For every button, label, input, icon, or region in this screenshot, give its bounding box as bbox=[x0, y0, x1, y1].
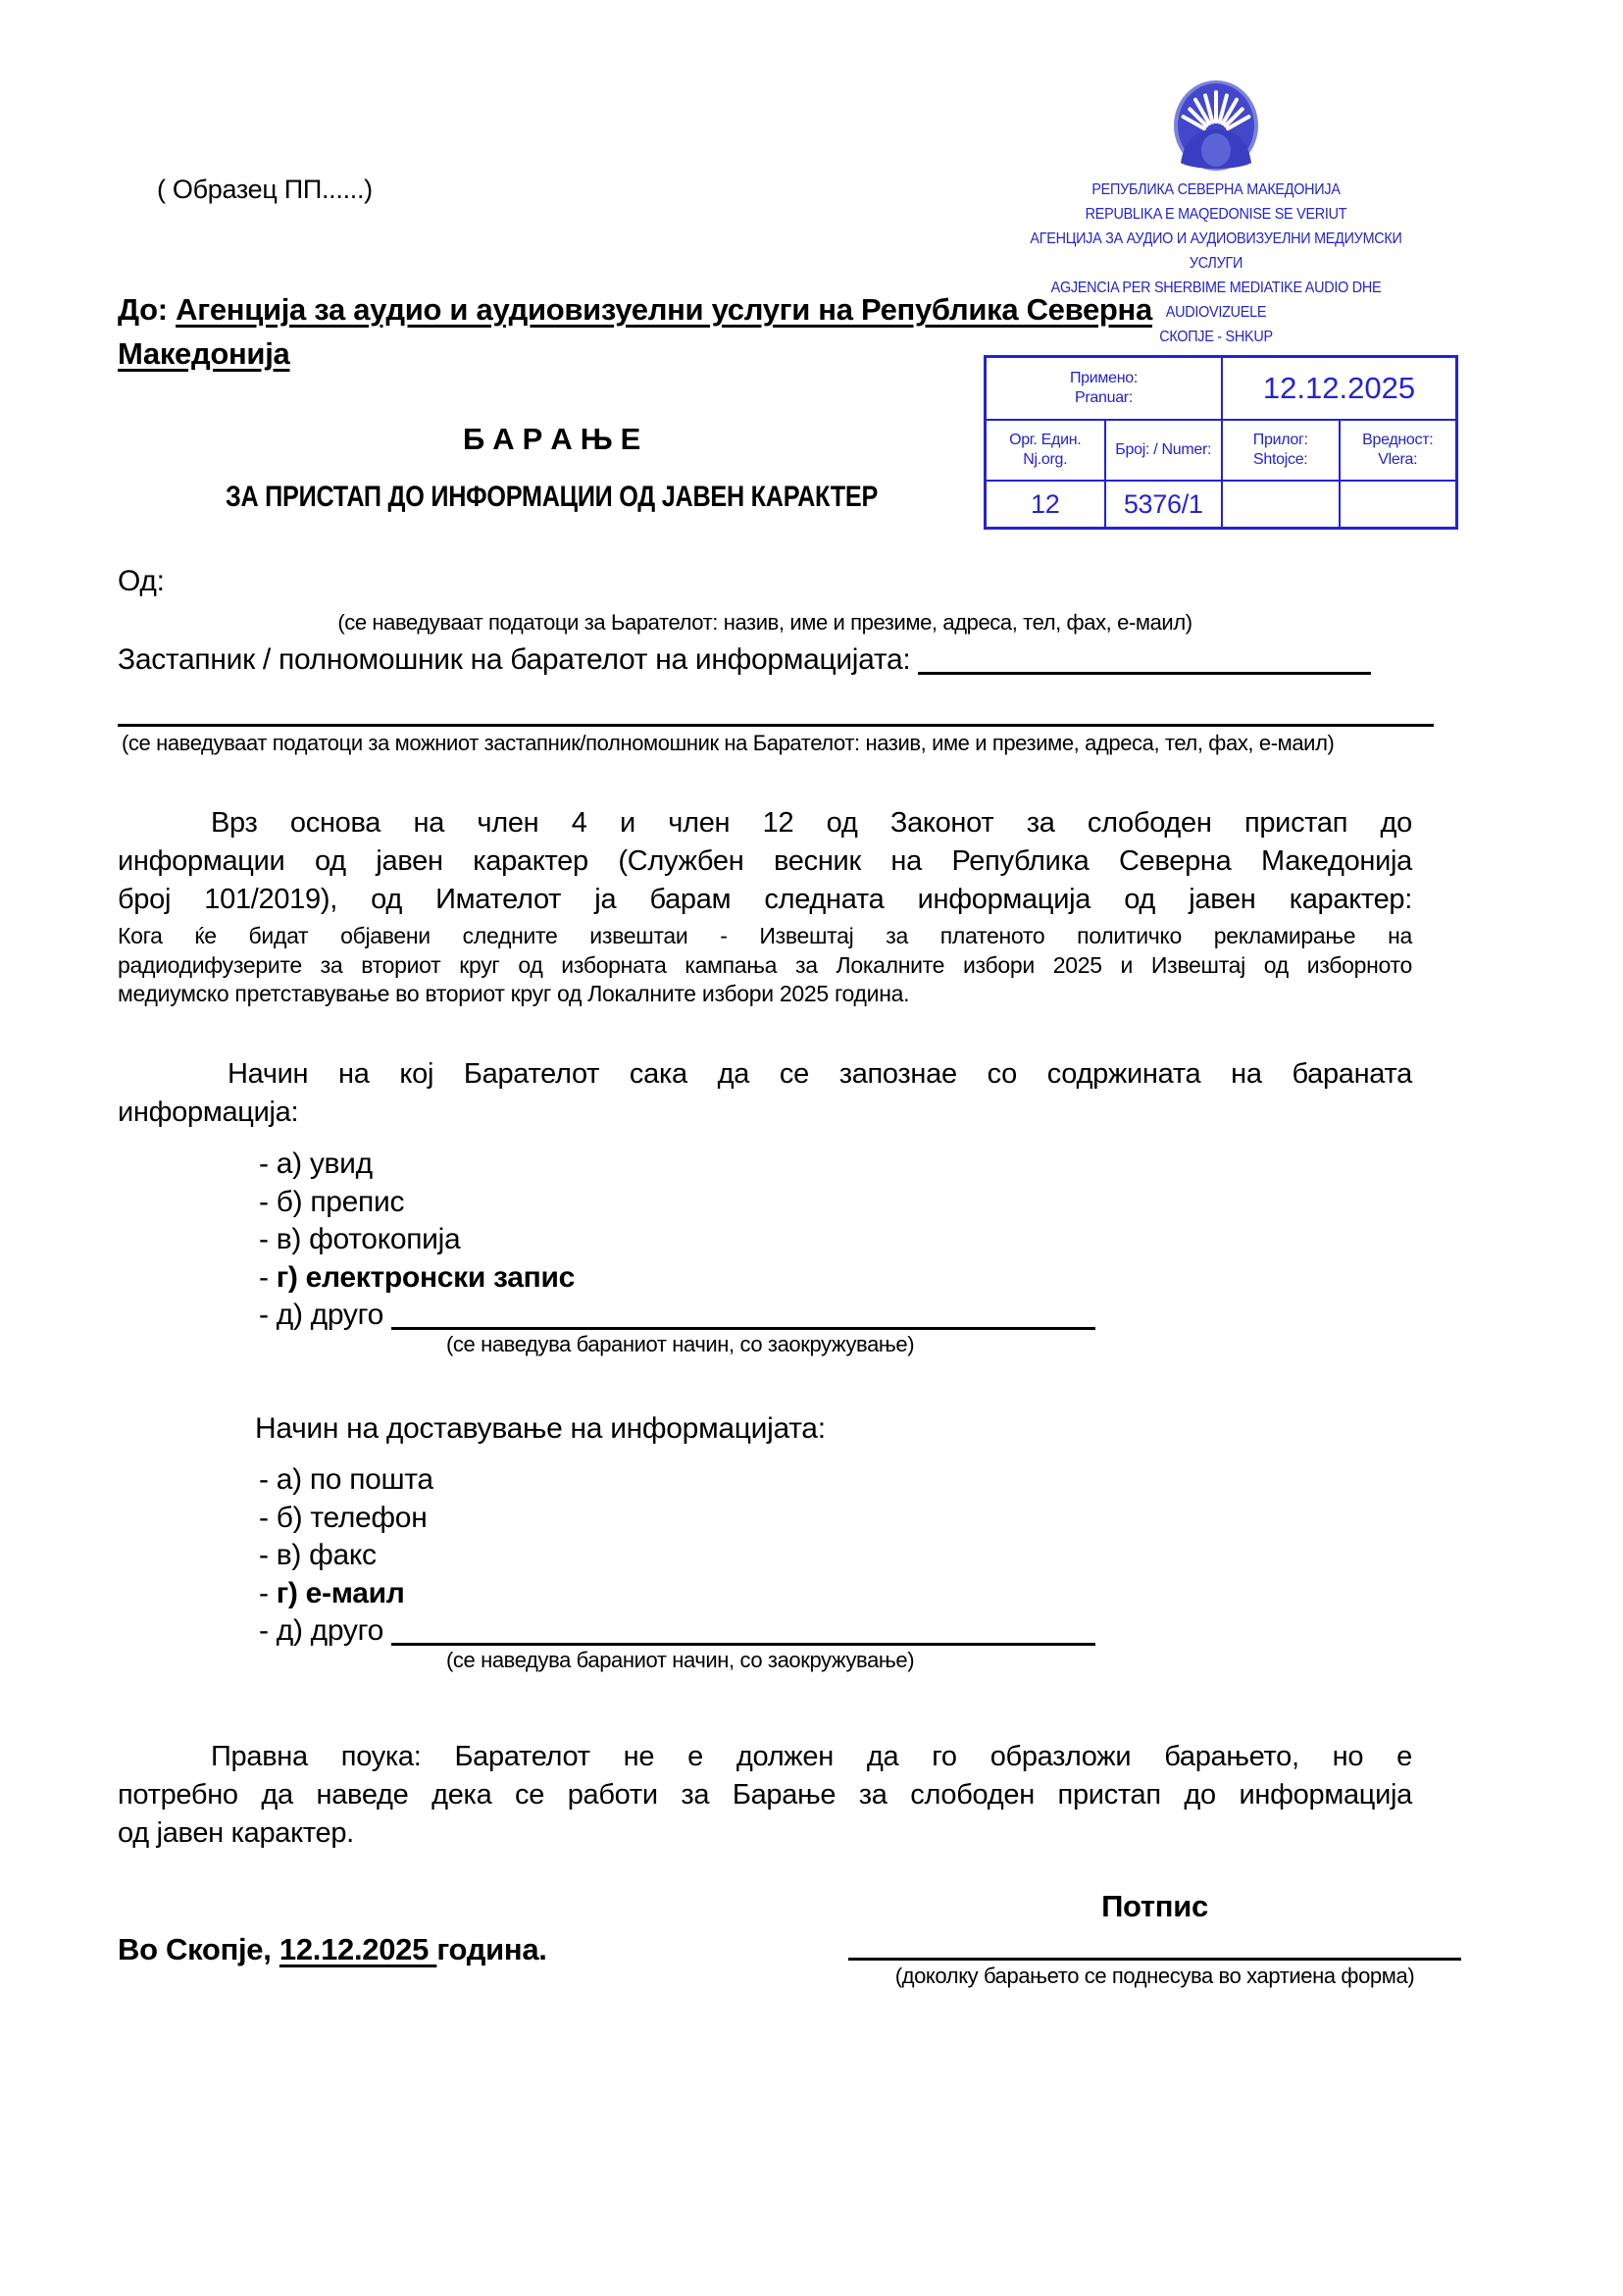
option-dash: - bbox=[259, 1223, 277, 1255]
option-dash: - bbox=[259, 1186, 277, 1218]
access-method-heading: Начин на кој Барателот сака да се запозн… bbox=[118, 1055, 1412, 1132]
legal-note-line: Правна поука: Барателот не е должен да г… bbox=[118, 1738, 1412, 1776]
signature-blank-line bbox=[848, 1926, 1461, 1961]
option-label: д) друго bbox=[277, 1614, 391, 1647]
option-email-selected: - г) е-маил bbox=[259, 1575, 1095, 1613]
option-uvid: - а) увид bbox=[259, 1146, 1095, 1184]
document-page: ( Образец ПП......) РЕПУБЛИКА СЕВЕРНА МА… bbox=[0, 0, 1623, 2296]
representative-label: Застапник / полномошник на барателот на … bbox=[118, 643, 918, 676]
form-template-label: ( Образец ПП......) bbox=[157, 175, 373, 205]
legal-basis-line: информации од јавен карактер (Службен ве… bbox=[118, 842, 1412, 881]
recipient-agency-name: Агенција за аудио и аудиовизуелни услуги… bbox=[176, 292, 1152, 327]
stamp-date-value: 12.12.2025 bbox=[1221, 358, 1455, 419]
option-drugo: - д) друго bbox=[259, 1612, 1095, 1651]
option-telefon: - б) телефон bbox=[259, 1500, 1095, 1538]
stamp-attachment-label-mk: Прилог: bbox=[1253, 431, 1308, 450]
access-method-note: (се наведува бараниот начин, со заокружу… bbox=[446, 1332, 914, 1357]
stamp-received-cell: Примено: Pranuar: bbox=[987, 358, 1221, 419]
agency-emblem-icon bbox=[1173, 78, 1259, 173]
stamp-received-label-sq: Pranuar: bbox=[1075, 388, 1133, 408]
letterhead-line: УСЛУГИ bbox=[987, 251, 1445, 276]
stamp-orgunit-label-sq: Nj.org. bbox=[1023, 450, 1067, 470]
delivery-method-note: (се наведува бараниот начин, со заокружу… bbox=[446, 1648, 914, 1673]
request-text-line: радиодифузерите за вториот круг од избор… bbox=[118, 951, 1412, 981]
stamp-value-label-sq: Vlera: bbox=[1378, 450, 1417, 470]
stamp-received-label-mk: Примено: bbox=[1070, 369, 1138, 388]
option-dash: - bbox=[259, 1463, 277, 1496]
document-subtitle: ЗА ПРИСТАП ДО ИНФОРМАЦИИ ОД ЈАВЕН КАРАКТ… bbox=[187, 481, 916, 514]
letterhead-line: АГЕНЦИЈА ЗА АУДИО И АУДИОВИЗУЕЛНИ МЕДИУМ… bbox=[987, 227, 1445, 251]
option-dash: - bbox=[259, 1577, 277, 1609]
option-label: в) факс bbox=[277, 1539, 377, 1571]
option-dash: - bbox=[259, 1299, 277, 1331]
stamp-number-label: Број: / Numer: bbox=[1104, 419, 1222, 480]
letterhead-line: РЕПУБЛИКА СЕВЕРНА МАКЕДОНИЈА bbox=[987, 178, 1445, 202]
option-drugo-blank-field bbox=[391, 1317, 1095, 1330]
legal-basis-line: број 101/2019), од Имателот ја барам сле… bbox=[118, 881, 1412, 919]
stamp-value-value bbox=[1339, 480, 1456, 527]
option-label: б) телефон bbox=[277, 1502, 428, 1534]
request-text-line: медиумско претставување во вториот круг … bbox=[118, 980, 1412, 1009]
legal-basis-paragraph: Врз основа на член 4 и член 12 од Законо… bbox=[118, 804, 1412, 919]
option-drugo-blank-field bbox=[391, 1633, 1095, 1646]
access-method-heading-line: Начин на кој Барателот сака да се запозн… bbox=[118, 1055, 1412, 1094]
legal-note-paragraph: Правна поука: Барателот не е должен да г… bbox=[118, 1738, 1412, 1853]
stamp-value-label-mk: Вредност: bbox=[1362, 431, 1433, 450]
option-dash: - bbox=[259, 1261, 277, 1294]
option-po-posta: - а) по пошта bbox=[259, 1461, 1095, 1500]
option-label: а) по пошта bbox=[277, 1463, 433, 1496]
place-date-prefix: Во Скопје, bbox=[118, 1932, 279, 1966]
signature-note: (доколку барањето се поднесува во хартие… bbox=[848, 1964, 1461, 1989]
legal-note-line: потребно да наведе дека се работи за Бар… bbox=[118, 1776, 1412, 1814]
option-label: а) увид bbox=[277, 1148, 373, 1180]
delivery-method-heading: Начин на доставување на информацијата: bbox=[255, 1412, 826, 1446]
representative-blank-field bbox=[918, 662, 1371, 675]
delivery-method-options: - а) по пошта - б) телефон - в) факс - г… bbox=[259, 1461, 1095, 1651]
document-title: Б А Р А Њ Е bbox=[118, 422, 986, 457]
option-label: в) фотокопија bbox=[277, 1223, 461, 1255]
request-text-line: Кога ќе бидат објавени следните извештаи… bbox=[118, 922, 1412, 951]
place-date-suffix: година. bbox=[436, 1932, 546, 1966]
option-label: д) друго bbox=[277, 1299, 391, 1331]
legal-note-line: од јавен карактер. bbox=[118, 1814, 1412, 1853]
option-label: б) препис bbox=[277, 1186, 404, 1218]
option-dash: - bbox=[259, 1502, 277, 1534]
option-faks: - в) факс bbox=[259, 1537, 1095, 1575]
stamp-attachment-label-sq: Shtojce: bbox=[1253, 450, 1307, 470]
option-dash: - bbox=[259, 1614, 277, 1647]
place-date-line: Во Скопје, 12.12.2025 година. bbox=[118, 1932, 547, 1967]
requested-information-text: Кога ќе бидат објавени следните извештаи… bbox=[118, 922, 1412, 1009]
option-label: г) електронски запис bbox=[277, 1261, 575, 1294]
option-dash: - bbox=[259, 1539, 277, 1571]
representative-line: Застапник / полномошник на барателот на … bbox=[118, 643, 1371, 677]
option-drugo: - д) друго bbox=[259, 1297, 1095, 1335]
option-prepis: - б) препис bbox=[259, 1184, 1095, 1222]
signature-label: Потпис bbox=[848, 1889, 1461, 1924]
representative-blank-rule bbox=[118, 694, 1434, 727]
recipient-agency-name-2: Македонија bbox=[118, 336, 289, 371]
legal-basis-line: Врз основа на член 4 и член 12 од Законо… bbox=[118, 804, 1412, 842]
representative-note: (се наведуваат податоци за можниот заста… bbox=[122, 731, 1334, 756]
stamp-number-value: 5376/1 bbox=[1104, 480, 1222, 527]
recipient-prefix: До: bbox=[118, 292, 176, 327]
receipt-stamp-table: Примено: Pranuar: 12.12.2025 Орг. Един. … bbox=[984, 355, 1458, 530]
option-elektronski-zapis-selected: - г) електронски запис bbox=[259, 1259, 1095, 1298]
access-method-heading-line: информација: bbox=[118, 1094, 1412, 1132]
stamp-attachment-value bbox=[1221, 480, 1339, 527]
from-label: Од: bbox=[118, 565, 165, 598]
stamp-orgunit-label-mk: Орг. Един. bbox=[1009, 431, 1081, 450]
option-fotokopija: - в) фотокопија bbox=[259, 1221, 1095, 1259]
option-dash: - bbox=[259, 1148, 277, 1180]
stamp-value-cell: Вредност: Vlera: bbox=[1339, 419, 1456, 480]
stamp-orgunit-value: 12 bbox=[987, 480, 1104, 527]
stamp-attachment-cell: Прилог: Shtojce: bbox=[1221, 419, 1339, 480]
from-note: (се наведуваат податоци за Ьарателот: на… bbox=[118, 610, 1412, 636]
access-method-options: - а) увид - б) препис - в) фотокопија - … bbox=[259, 1146, 1095, 1335]
place-date-value: 12.12.2025 bbox=[279, 1932, 436, 1966]
letterhead-line: REPUBLIKA E MAQEDONISE SE VERIUT bbox=[987, 202, 1445, 227]
option-label: г) е-маил bbox=[277, 1577, 405, 1609]
stamp-orgunit-cell: Орг. Един. Nj.org. bbox=[987, 419, 1104, 480]
